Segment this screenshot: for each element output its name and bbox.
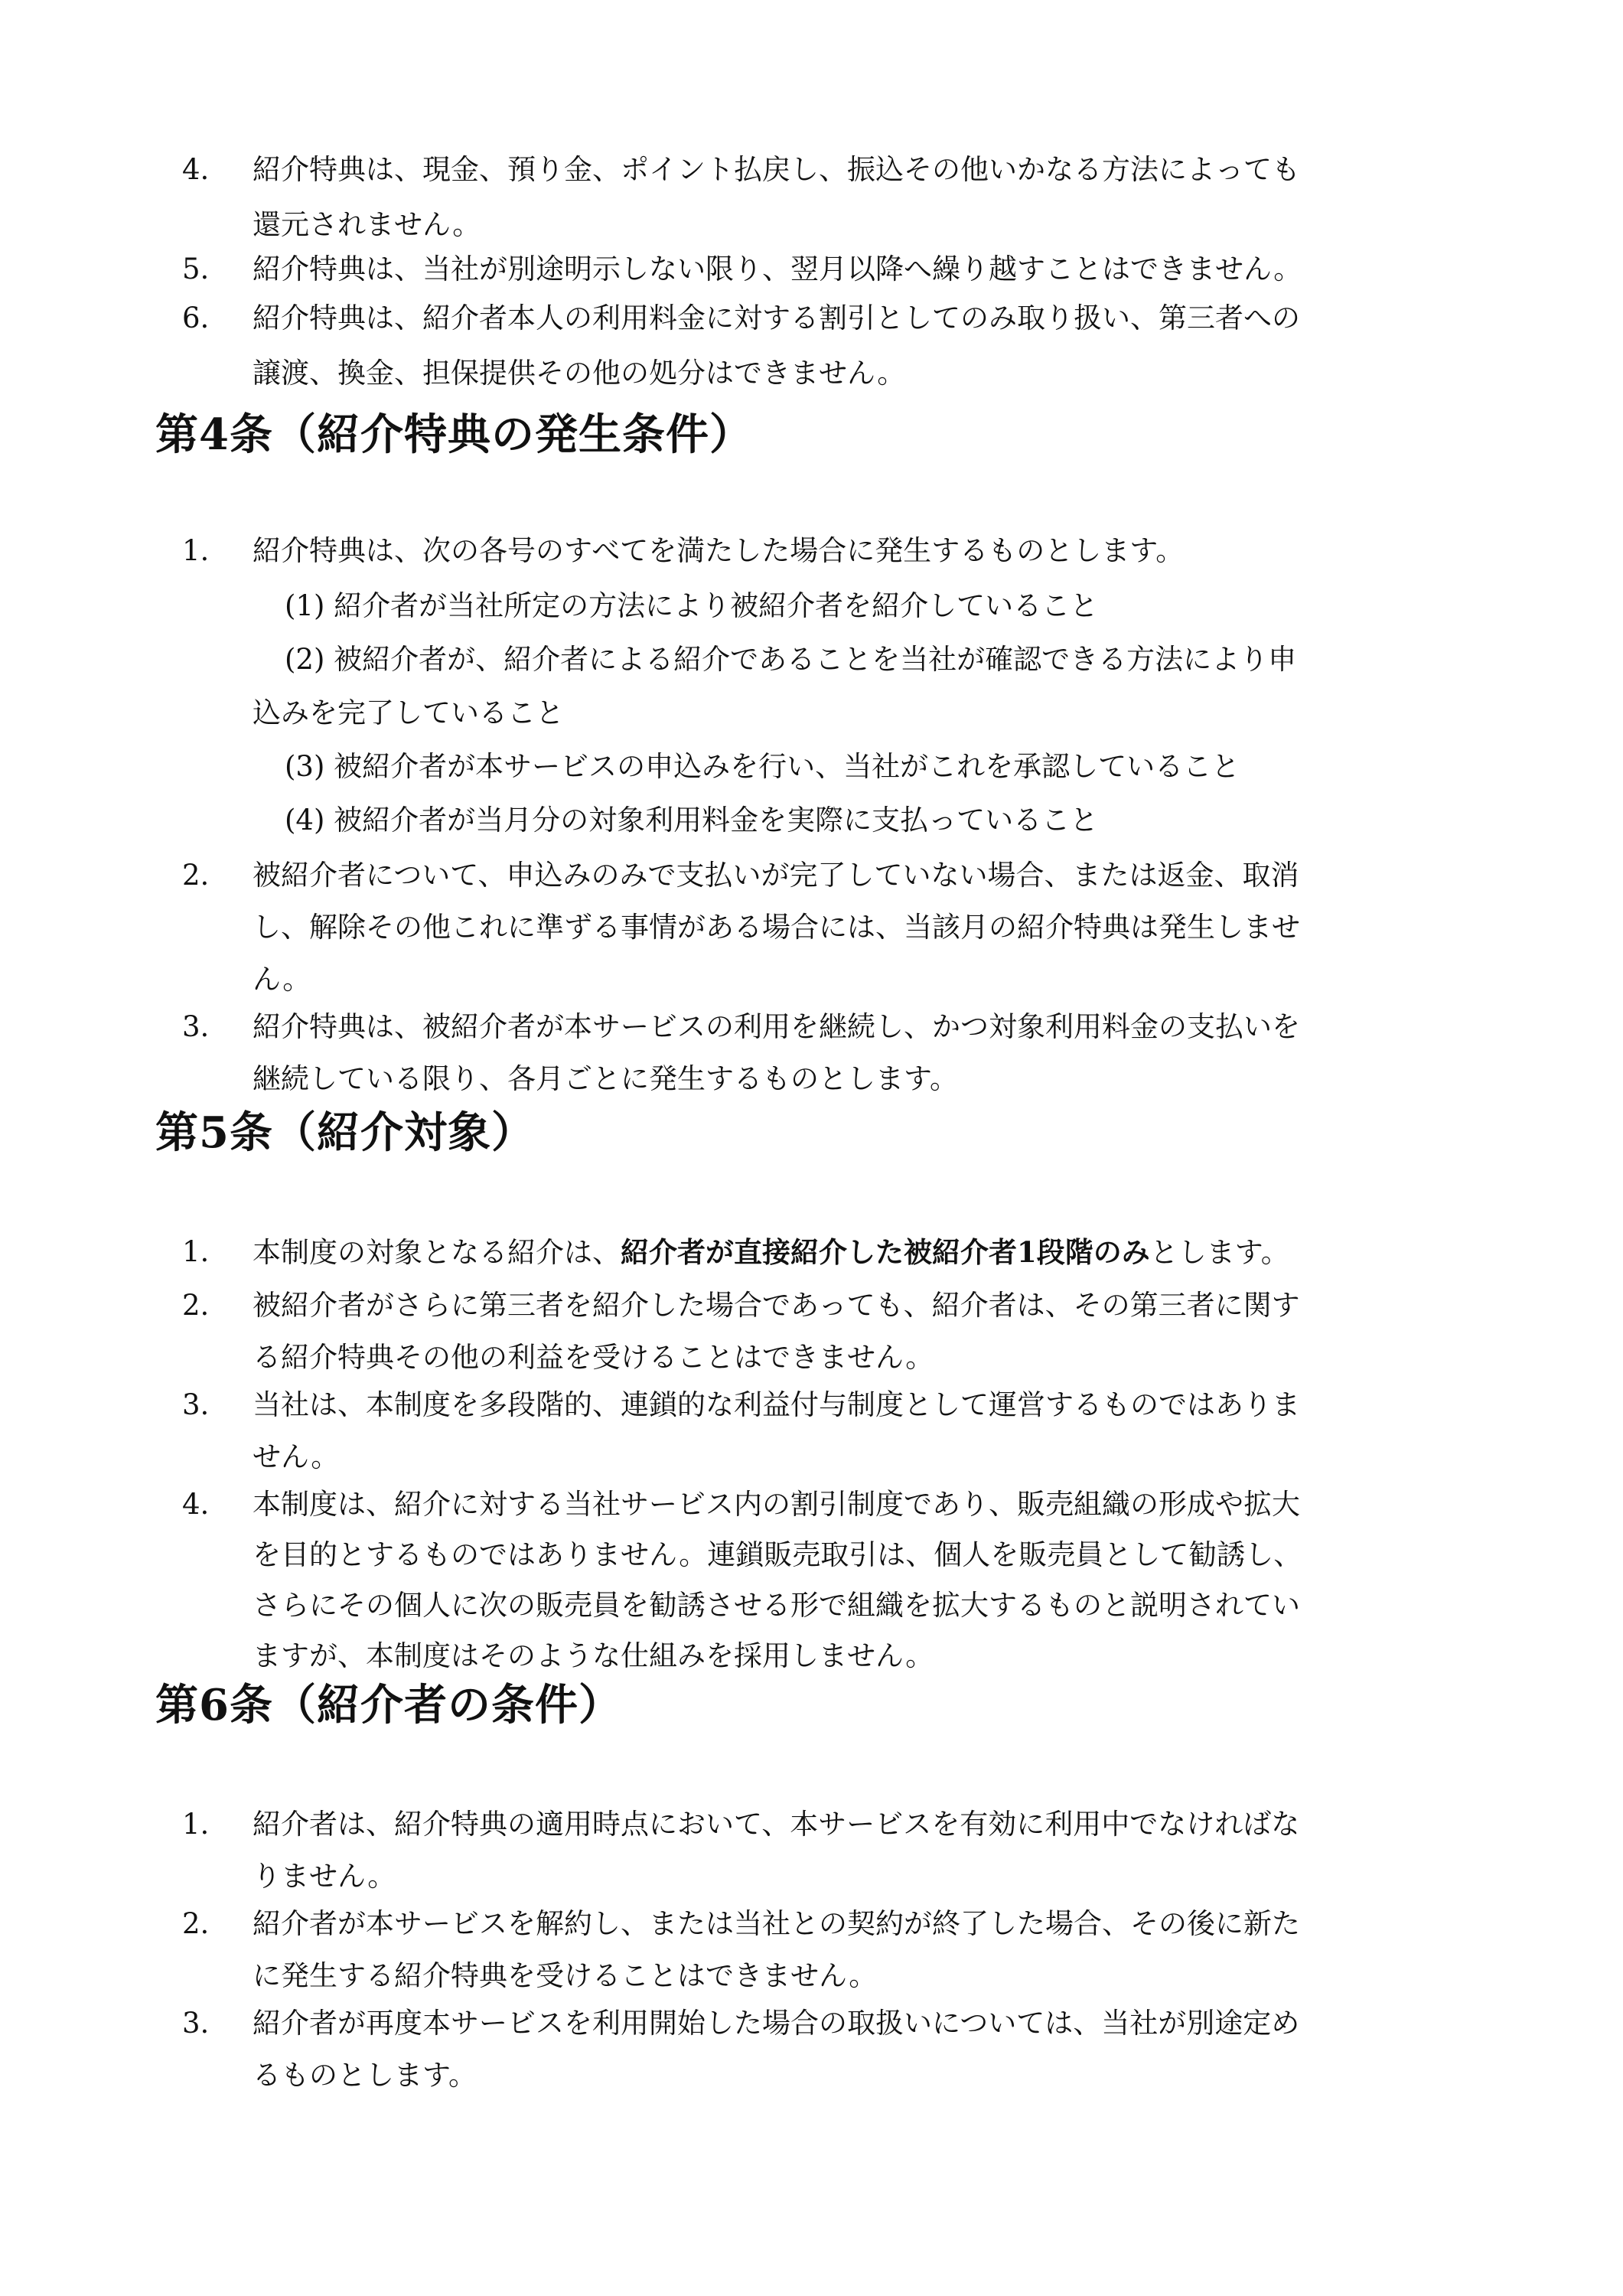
item-number: 1. — [182, 523, 228, 579]
item-text: 紹介特典は、被紹介者が本サービスの利用を継続し、かつ対象利用料金の支払いを — [253, 1000, 1469, 1055]
item-text: 本制度の対象となる紹介は、紹介者が直接紹介した被紹介者1段階のみとします。 — [253, 1225, 1469, 1280]
item-number: 3. — [182, 1378, 228, 1433]
item-text: 本制度は、紹介に対する当社サービス内の割引制度であり、販売組織の形成や拡大 — [253, 1477, 1469, 1532]
item-number: 2. — [182, 848, 228, 903]
sub-item: (3) 被紹介者が本サービスの申込みを行い、当社がこれを承認していること — [285, 739, 1471, 794]
item-number: 1. — [182, 1797, 228, 1852]
item-text: 当社は、本制度を多段階的、連鎖的な利益付与制度として運営するものではありま — [253, 1378, 1469, 1433]
sub-item: (4) 被紹介者が当月分の対象利用料金を実際に支払っていること — [285, 793, 1471, 848]
item-number: 6. — [182, 291, 228, 346]
item-text-cont: さらにその個人に次の販売員を勧誘させる形で組織を拡大するものと説明されてい — [253, 1578, 1469, 1633]
sub-item: (1) 紹介者が当社所定の方法により被紹介者を紹介していること — [285, 579, 1471, 634]
item-text-cont: 継続している限り、各月ごとに発生するものとします。 — [253, 1052, 1469, 1107]
item-text: 紹介者が再度本サービスを利用開始した場合の取扱いについては、当社が別途定め — [253, 1996, 1469, 2051]
item-text: 紹介者は、紹介特典の適用時点において、本サービスを有効に利用中でなければな — [253, 1797, 1469, 1852]
document-page: 4. 紹介特典は、現金、預り金、ポイント払戻し、振込その他いかなる方法によっても… — [0, 0, 1623, 2296]
item-number: 5. — [182, 242, 228, 297]
item-text-cont: るものとします。 — [253, 2048, 1469, 2103]
item-text-cont: し、解除その他これに準ずる事情がある場合には、当該月の紹介特典は発生しませ — [253, 900, 1469, 955]
article-heading: 第4条（紹介特典の発生条件） — [155, 404, 753, 465]
item-number: 1. — [182, 1225, 228, 1280]
item-number: 4. — [182, 1477, 228, 1532]
item-text-post: とします。 — [1150, 1236, 1289, 1269]
item-text: 被紹介者について、申込みのみで支払いが完了していない場合、または返金、取消 — [253, 848, 1469, 903]
item-number: 3. — [182, 1000, 228, 1055]
item-text: 紹介特典は、当社が別途明示しない限り、翌月以降へ繰り越すことはできません。 — [253, 242, 1469, 297]
article-heading: 第5条（紹介対象） — [155, 1102, 535, 1163]
item-text: 紹介特典は、現金、預り金、ポイント払戻し、振込その他いかなる方法によっても — [253, 142, 1469, 197]
item-number: 2. — [182, 1896, 228, 1952]
item-text-pre: 本制度の対象となる紹介は、 — [253, 1236, 621, 1269]
item-text-bold: 紹介者が直接紹介した被紹介者1段階のみ — [621, 1235, 1150, 1269]
item-text-cont: 譲渡、換金、担保提供その他の処分はできません。 — [253, 346, 1469, 401]
article-heading: 第6条（紹介者の条件） — [155, 1675, 622, 1736]
item-text: 紹介特典は、紹介者本人の利用料金に対する割引としてのみ取り扱い、第三者への — [253, 291, 1469, 346]
item-text-cont: を目的とするものではありません。連鎖販売取引は、個人を販売員として勧誘し、 — [253, 1528, 1469, 1583]
item-text: 紹介者が本サービスを解約し、または当社との契約が終了した場合、その後に新た — [253, 1896, 1469, 1952]
sub-item-cont: 込みを完了していること — [253, 686, 1469, 741]
sub-item: (2) 被紹介者が、紹介者による紹介であることを当社が確認できる方法により申 — [285, 632, 1471, 687]
item-number: 3. — [182, 1996, 228, 2051]
item-number: 4. — [182, 142, 228, 197]
item-text: 紹介特典は、次の各号のすべてを満たした場合に発生するものとします。 — [253, 523, 1469, 579]
item-text: 被紹介者がさらに第三者を紹介した場合であっても、紹介者は、その第三者に関す — [253, 1278, 1469, 1333]
item-number: 2. — [182, 1278, 228, 1333]
